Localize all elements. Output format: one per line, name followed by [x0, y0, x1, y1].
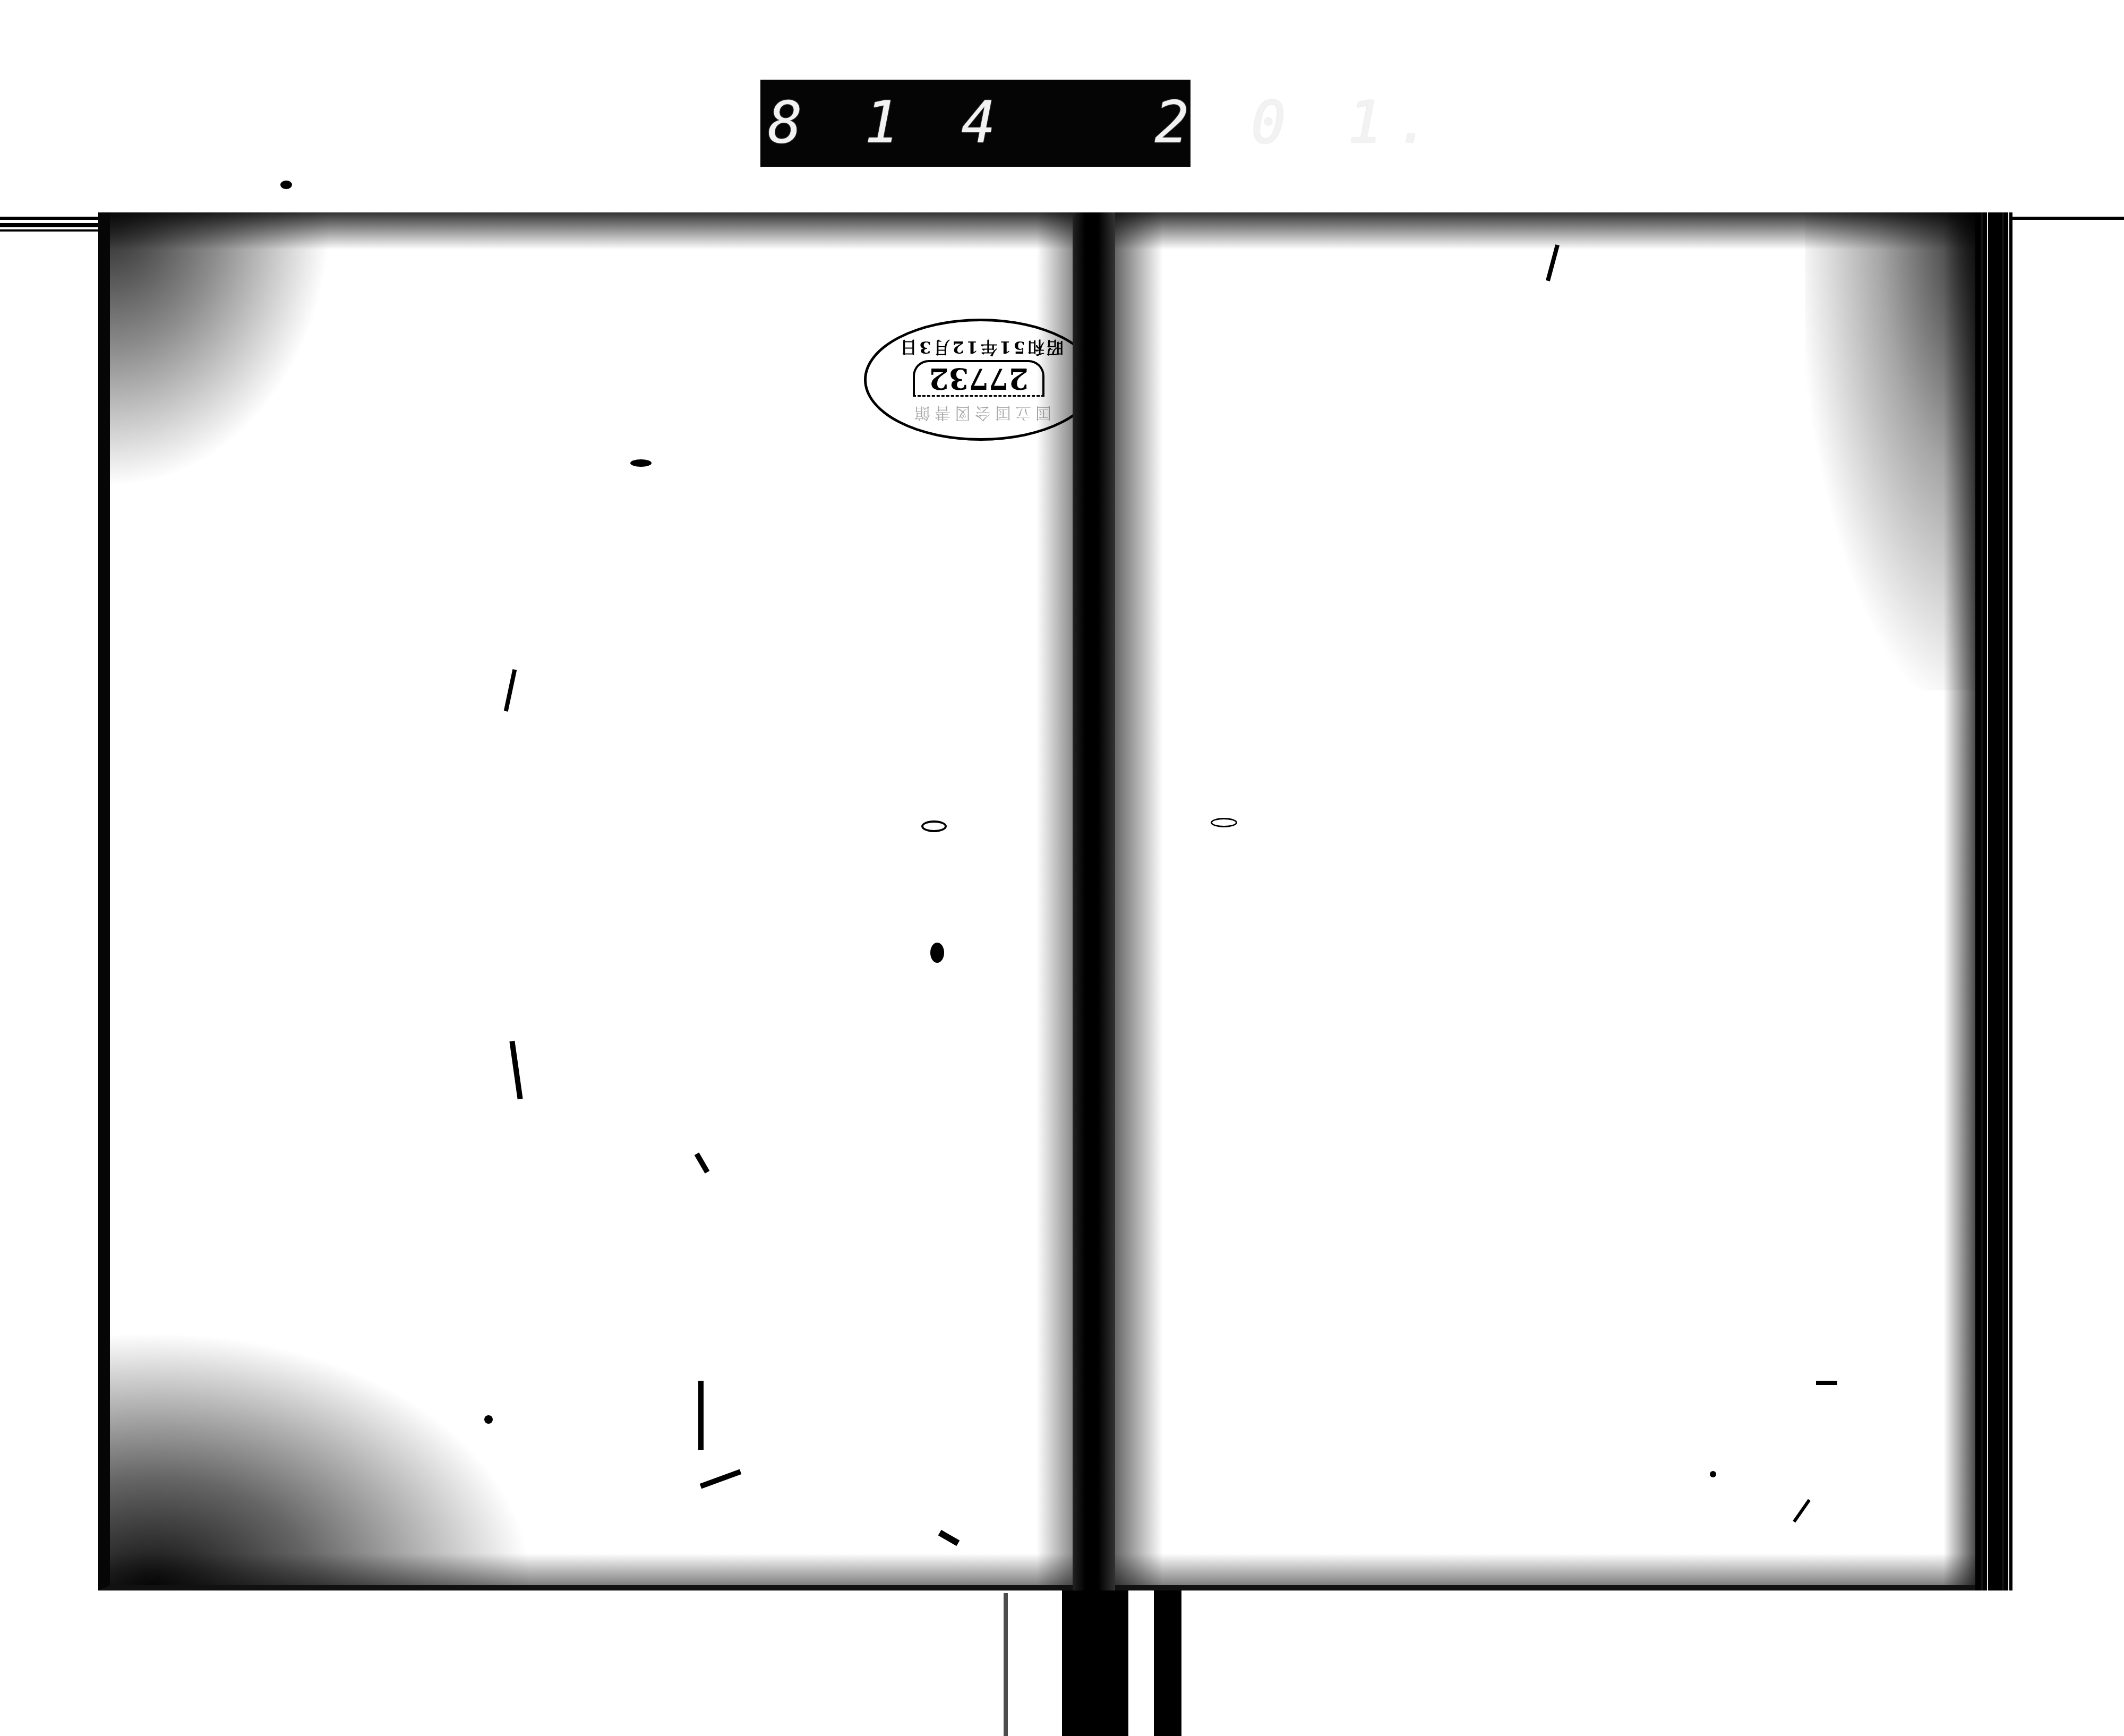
paper-blemish: [484, 1415, 493, 1424]
stamp-date: 昭和51年12月3日: [877, 336, 1084, 361]
paper-blemish: [698, 1381, 704, 1450]
paper-blemish: [1211, 818, 1237, 827]
book-spread: 国立国会図書館 27732 昭和51年12月3日: [98, 212, 2089, 1585]
paper-blemish: [921, 820, 947, 832]
scanner-rail-left: [0, 223, 112, 227]
book-clamp-center: [1062, 1590, 1128, 1736]
paper-blemish: [930, 943, 944, 963]
book-gutter: [1073, 212, 1115, 1590]
paper-blemish: [1793, 1499, 1811, 1523]
page-shadow-top-left: [110, 212, 333, 489]
library-accession-stamp: 国立国会図書館 27732 昭和51年12月3日: [864, 319, 1084, 441]
page-shadow-bottom: [1115, 1553, 1975, 1585]
paper-blemish: [1546, 244, 1560, 281]
paper-blemish: [630, 459, 652, 467]
stamp-organization: 国立国会図書館: [888, 403, 1074, 426]
scanner-rail-left-lower: [0, 229, 101, 232]
paper-blemish: [1710, 1471, 1716, 1477]
page-shadow-top: [1115, 212, 1975, 250]
paper-blemish: [695, 1152, 710, 1174]
page-shadow-top-right: [1805, 212, 1975, 690]
stamp-accession-number: 27732: [913, 360, 1044, 397]
page-shadow-top: [110, 212, 1084, 250]
paper-blemish: [509, 1041, 523, 1099]
paper-blemish: [1816, 1381, 1837, 1385]
frame-counter-display: 8 1 4 2 0 1.: [760, 80, 1191, 167]
page-shadow-bottom-left: [110, 1330, 535, 1585]
frame-counter-digits: 8 1 4 2 0 1.: [760, 90, 1191, 156]
page-edges-stack: [1975, 212, 2012, 1590]
book-clamp-left: [1004, 1593, 1008, 1736]
left-page: 国立国会図書館 27732 昭和51年12月3日: [98, 212, 1084, 1590]
dust-speck: [280, 181, 292, 189]
gutter-shadow-right: [1115, 212, 1163, 1585]
right-page: [1115, 212, 1975, 1590]
paper-blemish: [700, 1469, 742, 1489]
paper-blemish: [938, 1530, 960, 1546]
paper-blemish: [504, 669, 517, 712]
page-shadow-right: [1943, 212, 1975, 1585]
book-clamp-right: [1154, 1590, 1181, 1736]
page-shadow-bottom: [110, 1553, 1084, 1585]
